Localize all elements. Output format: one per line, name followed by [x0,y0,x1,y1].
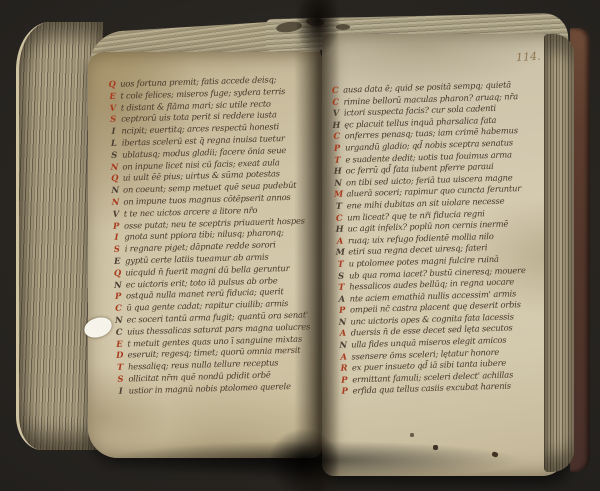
verse-initial: P [339,374,349,386]
ink-speck [410,433,414,437]
verse-initial: N [338,340,348,352]
verse-initial: S [115,374,125,386]
verse-initial: C [114,326,124,338]
verse-initial: A [338,351,348,363]
verse-initial: I [111,232,121,244]
verse-initial: E [112,256,122,268]
verse-initial: N [337,316,347,328]
verse-initial: Q [110,173,120,185]
verse-initial: A [335,235,345,247]
verse-initial: Q [107,79,117,91]
right-page-text-block: Causa data ē; quid se positā sempq; quie… [330,78,566,398]
verse-initial: S [108,114,118,126]
verse-initial: E [107,91,117,103]
verse-initial: V [108,102,118,114]
verse-initial: H [331,119,341,131]
verse-initial: T [334,201,344,213]
verse-initial: E [114,338,124,350]
verse-initial: S [109,149,119,161]
verse-initial: P [332,143,342,155]
verse-initial: H [334,224,344,236]
verse-initial: N [333,177,343,189]
verse-initial: S [336,270,346,282]
verse-initial: P [339,386,349,398]
verse-initial: I [116,385,126,397]
verse-initial: I [108,126,118,138]
verse-initial: T [332,154,342,166]
verse-initial: Q [112,267,122,279]
verse-initial: M [333,189,343,201]
verse-initial: A [338,328,348,340]
verse-initial: T [336,282,346,294]
verse-initial: C [113,303,123,315]
verse-initial: C [330,85,340,97]
book-bottom-shadow [60,440,570,490]
verse-initial: V [331,108,341,120]
left-page-text-block: Quos fortuna premit; fatis accede deisq;… [107,73,328,397]
verse-initial: C [330,96,340,108]
verse-initial: D [115,350,125,362]
verse-initial: C [334,212,344,224]
verse-initial: H [333,166,343,178]
verse-initial: N [109,161,119,173]
verse-initial: S [112,244,122,256]
verse-initial: P [337,305,347,317]
verse-initial: P [111,220,121,232]
verse-initial: N [114,315,124,327]
verse-initial: T [335,259,345,271]
verse-initial: A [337,293,347,305]
verse-initial: M [335,247,345,259]
verse-initial: P [113,291,123,303]
folio-number: 114. [516,49,551,64]
ink-speck [433,445,438,450]
verse-initial: C [331,131,341,143]
verse-initial: R [339,363,349,375]
verse-initial: N [110,185,120,197]
verse-initial: N [110,197,120,209]
verse-initial: T [115,362,125,374]
verse-initial: V [111,208,121,220]
gutter-shadow-top [292,0,344,70]
manuscript-photo: Quos fortuna premit; fatis accede deisq;… [0,0,600,491]
verse-initial: L [109,138,119,150]
verse-initial: N [113,279,123,291]
